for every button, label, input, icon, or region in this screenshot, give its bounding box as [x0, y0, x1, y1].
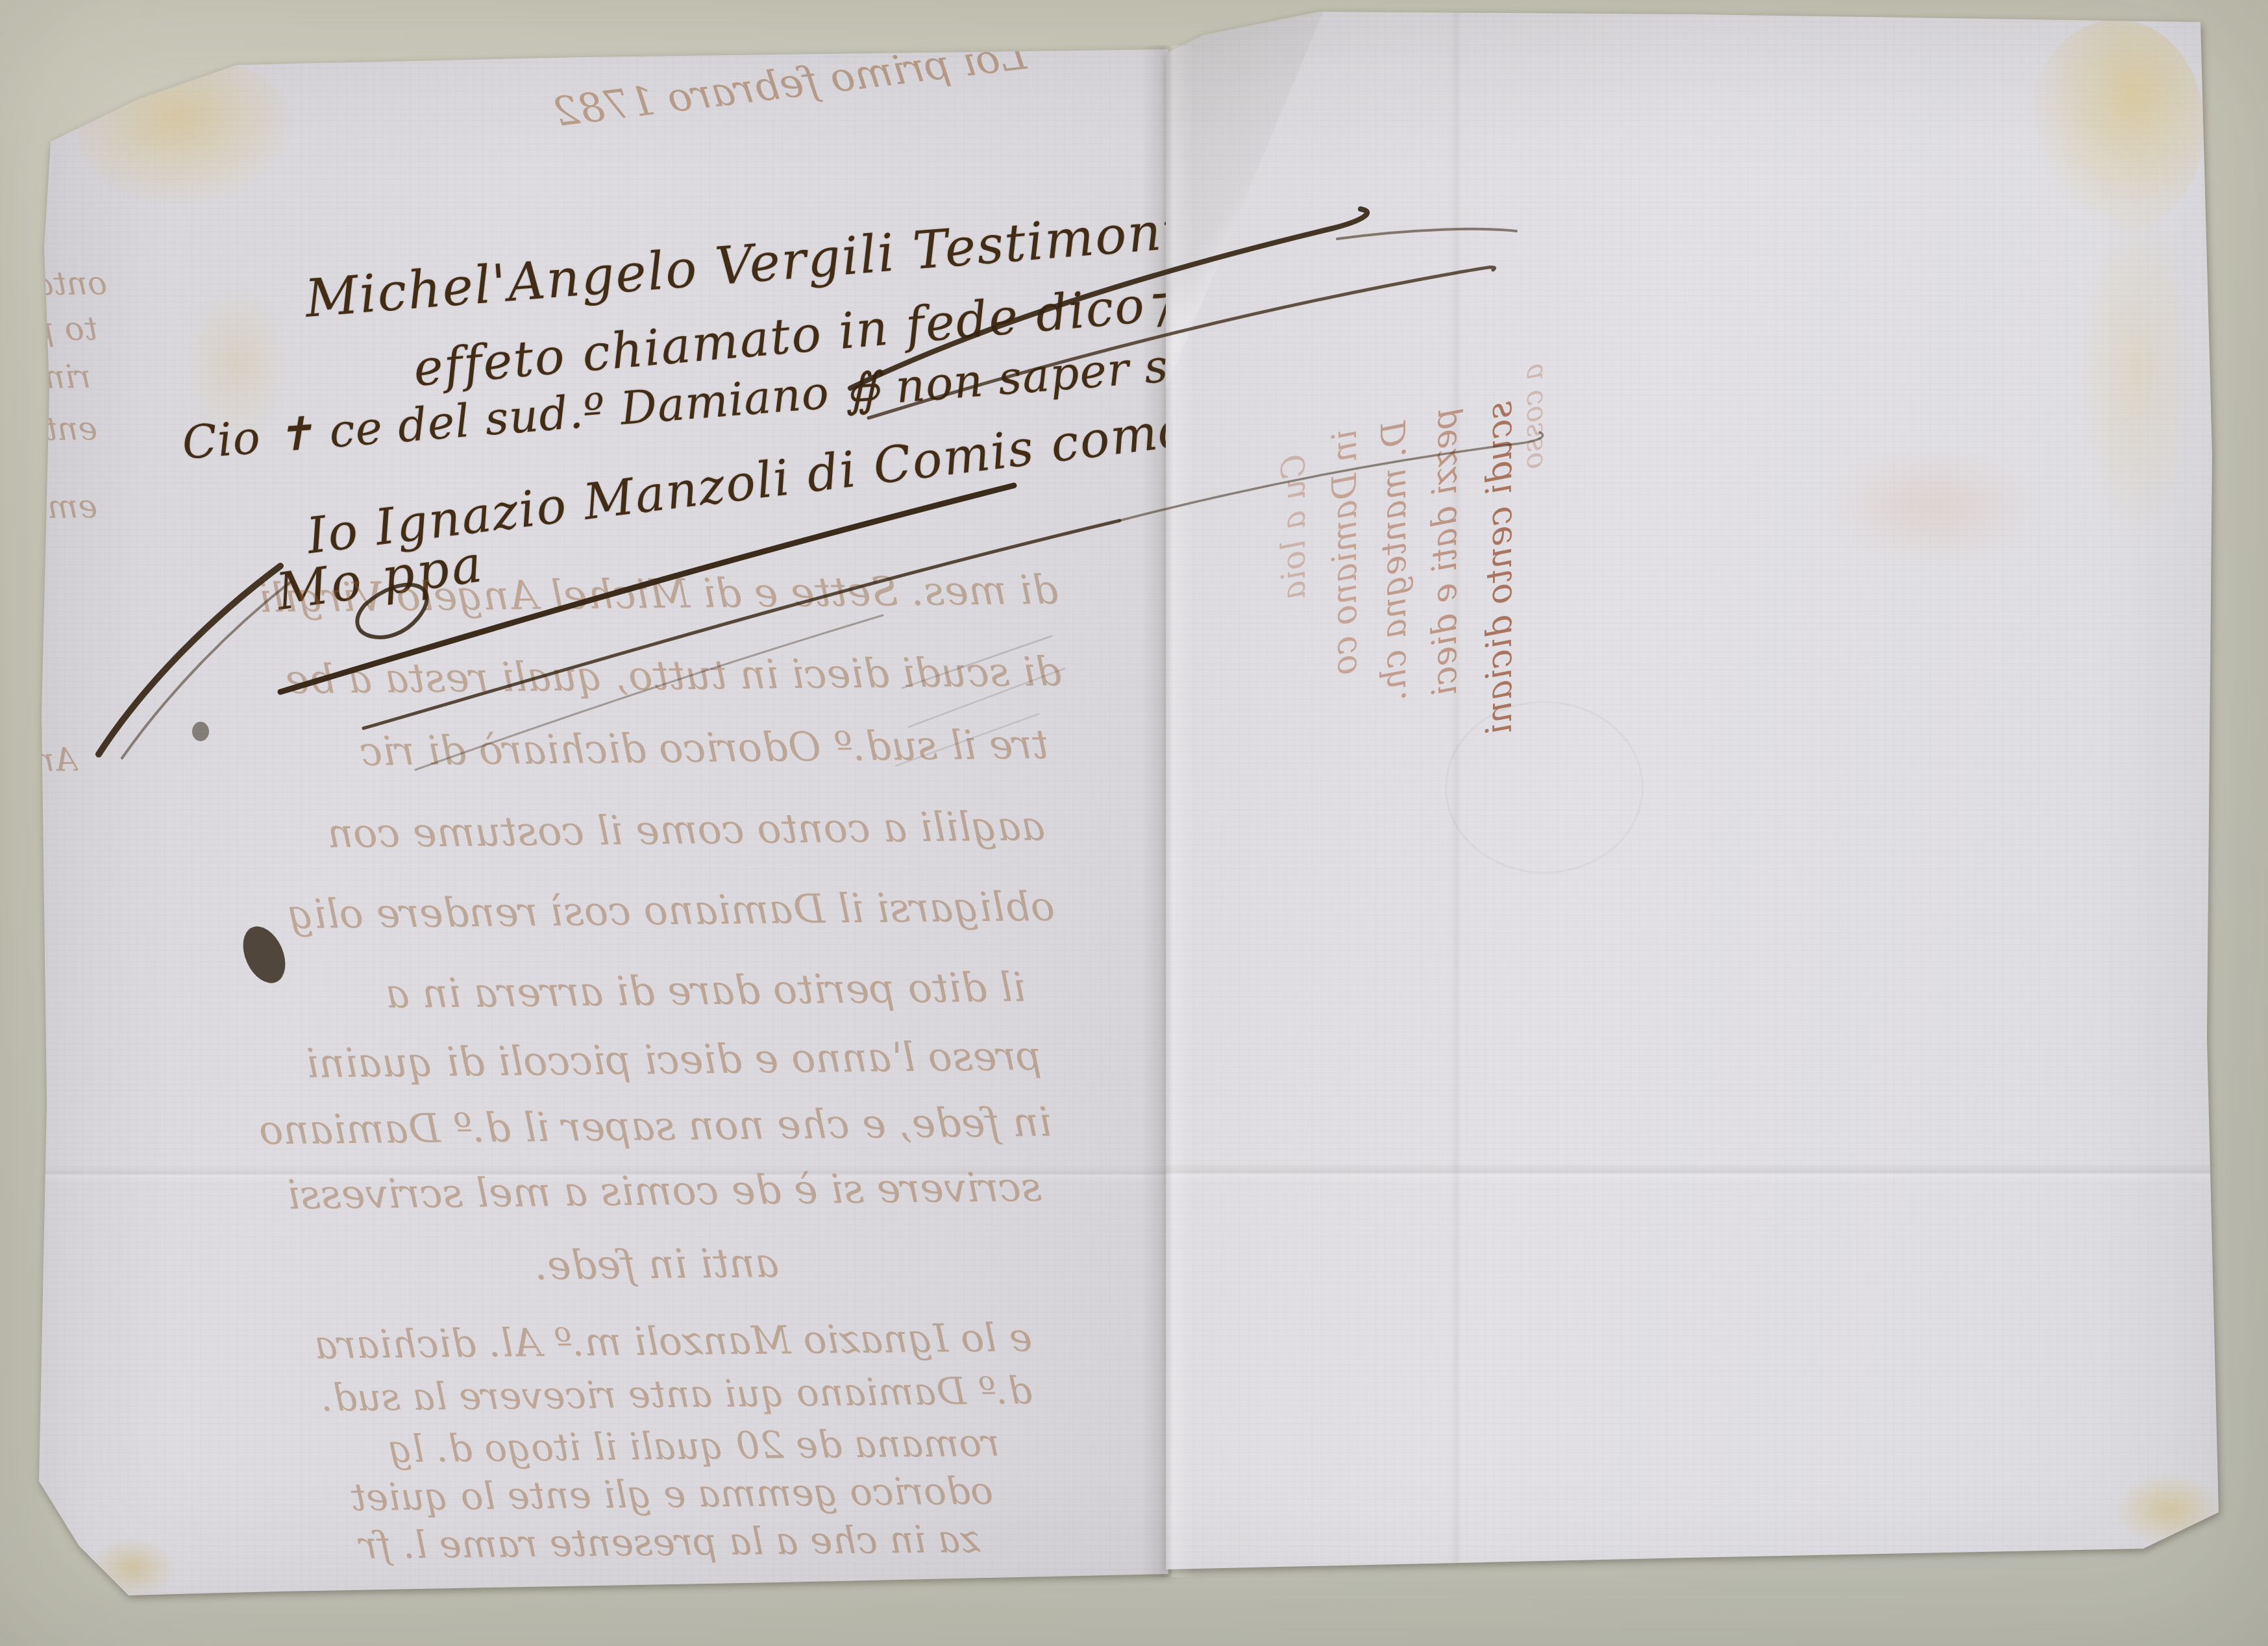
ghost-date-line: Loi primo febraro 1782	[550, 31, 1029, 136]
ghost-line: romana de 20 quali il itogo d. lg	[104, 1421, 1000, 1474]
right-vertical-crease	[1450, 0, 1462, 1569]
edge-fragment: ontagno qu	[0, 264, 107, 303]
right-horizontal-crease	[1166, 1163, 2268, 1183]
edge-fragment: rimnero	[0, 358, 91, 396]
stain-mid-pink	[1821, 441, 2042, 571]
manuscript-photo: Loi primo febraro 1782 Michel'Angelo Ver…	[0, 0, 2268, 1646]
right-corner-fold-crease	[1166, 0, 1387, 389]
ghost-line: d.º Damiano qui ante ricevere la sud.	[58, 1368, 1033, 1423]
ghost-line: tre il sud.º Odorico dichiarò di ric	[62, 720, 1049, 778]
ghost-line: obligarsi il Damiano così rendere olig	[36, 883, 1055, 940]
ghost-line: preso l'anno e dieci piccoli di quaini	[42, 1032, 1042, 1090]
stain-top-right	[2029, 19, 2204, 234]
ghost-line: scrivere si è de comis a mel scrivessi	[55, 1163, 1042, 1221]
ghost-line: il dito perito dare di arrera in a	[52, 963, 1026, 1021]
stain-right-edge	[2075, 195, 2198, 545]
ghost-column: in Damiano co	[1325, 430, 1364, 675]
edge-fragment: emii Mu	[0, 487, 97, 526]
stain-top-left	[78, 57, 299, 210]
ghost-column: Cu a loia	[1275, 454, 1313, 600]
ghost-column: D. mantegna ch.	[1375, 421, 1414, 701]
ghost-line: za in che a la presente rame l. fr	[110, 1517, 981, 1570]
left-page-paper: Loi primo febraro 1782 Michel'Angelo Ver…	[0, 0, 1168, 1646]
left-page: Loi primo febraro 1782 Michel'Angelo Ver…	[0, 0, 1168, 1646]
ghost-line: di scudi dieci in tutto, quali resta a b…	[36, 648, 1062, 706]
edge-fragment: entro Mu	[0, 410, 97, 448]
ghost-line: di mes. Sette e di Michel Angelo Virgili	[45, 566, 1059, 624]
ghost-column: scudi cento diciani	[1479, 401, 1520, 735]
edge-fragment: to più oub	[0, 310, 97, 349]
watermark-circle	[1445, 701, 1644, 874]
ghost-line: anti in fede.	[415, 1239, 780, 1290]
ghost-column: pezzi dati e dieci	[1425, 408, 1464, 696]
stain-bottom-right	[2114, 1472, 2224, 1547]
right-page-paper: Cu a loia in Damiano co D. mantegna ch. …	[1166, 0, 2268, 1646]
ghost-line: odorico gemma e gli ente lo quiet	[84, 1469, 994, 1523]
edge-fragment: Aru	[0, 741, 78, 779]
right-page: Cu a loia in Damiano co D. mantegna ch. …	[1166, 0, 2268, 1646]
ghost-line: aaglili a conto come il costume con	[45, 802, 1046, 860]
ghost-line: e lo Ignazio Manzoli m.º Al. dichiara	[71, 1315, 1033, 1370]
ghost-fragment: a cosso	[1516, 363, 1549, 469]
ghost-line: in fede, e che non saper il d.º Damiano	[39, 1098, 1052, 1156]
